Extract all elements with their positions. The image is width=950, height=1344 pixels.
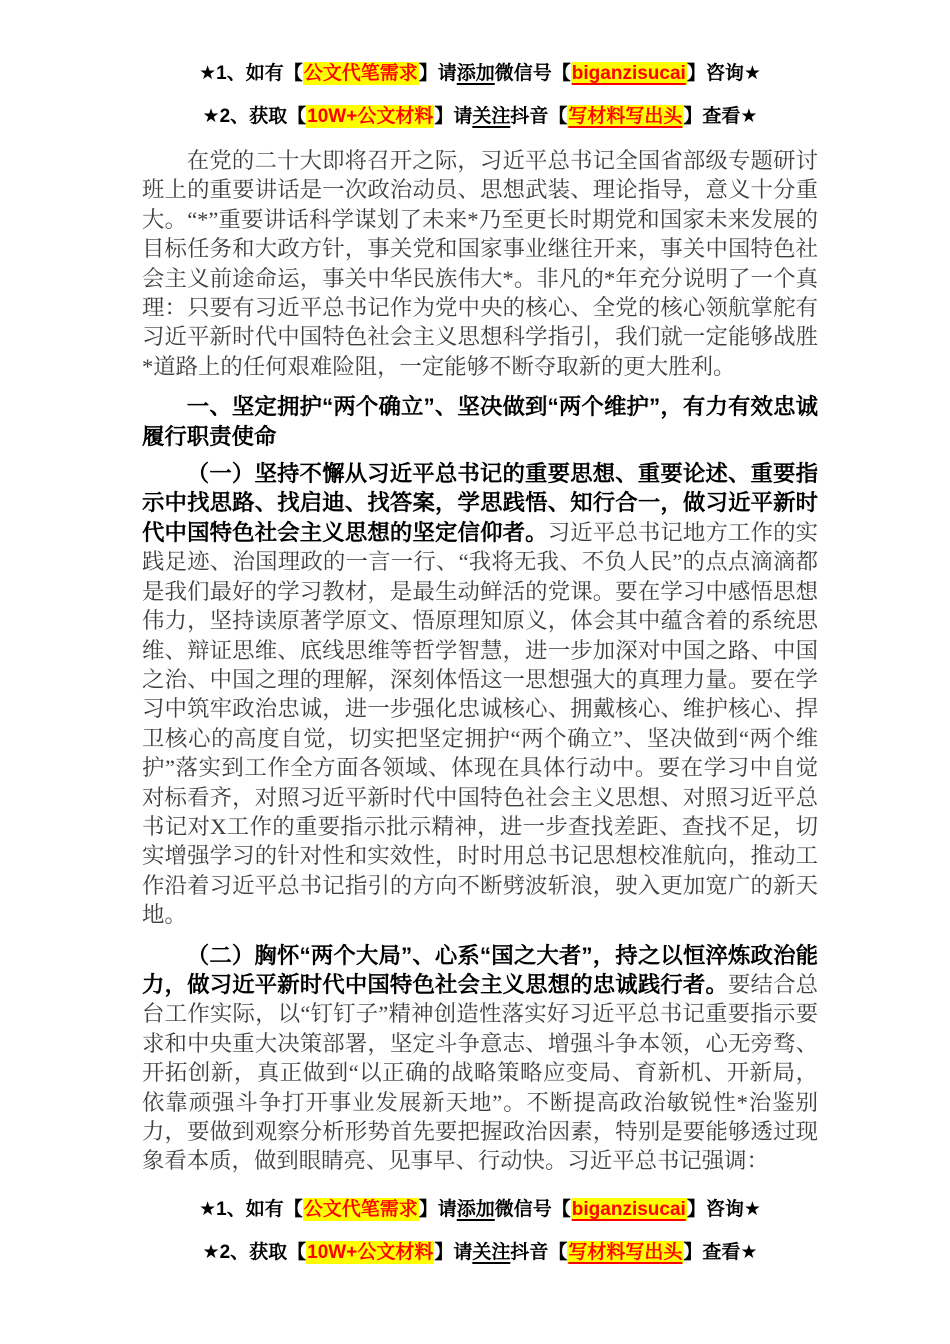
promo1-wechat-label: 微信号【: [495, 63, 571, 84]
promo2-materials-highlight: 10W+公文材料: [306, 105, 434, 128]
promo1-wechat-label: 微信号【: [495, 1199, 571, 1220]
promo-banner-top: ★1、如有【公文代笔需求】请添加微信号【biganzisucai】咨询★ ★2、…: [142, 60, 818, 130]
paragraph-point-2: （二）胸怀“两个大局”、心系“国之大者”，持之以恒淬炼政治能力，做习近平新时代中…: [142, 941, 818, 1176]
paragraph-point-2-lead: （二）胸怀“两个大局”、心系“国之大者”，持之以恒淬炼政治能力，做习近平新时代中…: [142, 943, 818, 997]
promo1-prefix-text: ★1、如有【: [199, 1199, 303, 1220]
promo-banner-bottom: ★1、如有【公文代笔需求】请添加微信号【biganzisucai】咨询★ ★2、…: [142, 1196, 818, 1266]
promo-line-1: ★1、如有【公文代笔需求】请添加微信号【biganzisucai】咨询★: [142, 60, 818, 87]
promo1-wechat-id-link[interactable]: biganzisucai: [571, 1198, 687, 1221]
promo2-douyin-id-link[interactable]: 写材料写出头: [567, 105, 683, 128]
promo2-prefix-text: ★2、获取【: [203, 1242, 307, 1263]
promo2-prefix-text: ★2、获取【: [203, 106, 307, 127]
promo2-follow-underline: 关注: [472, 1242, 510, 1263]
promo2-mid-text: 】请: [434, 1242, 472, 1263]
section-heading-1: 一、坚定拥护“两个确立”、坚决做到“两个维护”，有力有效忠诚履行职责使命: [142, 392, 818, 451]
promo2-follow-underline: 关注: [472, 106, 510, 127]
promo2-douyin-id-link[interactable]: 写材料写出头: [567, 1241, 683, 1264]
paragraph-intro: 在党的二十大即将召开之际，习近平总书记全国省部级专题研讨班上的重要讲话是一次政治…: [142, 146, 818, 381]
promo1-add-underline: 添加: [457, 1199, 495, 1220]
promo2-materials-highlight: 10W+公文材料: [306, 1241, 434, 1264]
promo1-suffix-text: 】咨询★: [687, 63, 761, 84]
promo-line-1: ★1、如有【公文代笔需求】请添加微信号【biganzisucai】咨询★: [142, 1196, 818, 1223]
promo2-douyin-label: 抖音【: [510, 1242, 567, 1263]
promo1-wechat-id-link[interactable]: biganzisucai: [571, 62, 687, 85]
promo-line-2: ★2、获取【10W+公文材料】请关注抖音【写材料写出头】查看★: [142, 103, 818, 130]
promo2-suffix-text: 】查看★: [683, 1242, 757, 1263]
paragraph-point-1-text: 习近平总书记地方工作的实践足迹、治国理政的一言一行、“我将无我、不负人民”的点点…: [142, 520, 818, 927]
promo1-prefix-text: ★1、如有【: [199, 63, 303, 84]
promo2-douyin-label: 抖音【: [510, 106, 567, 127]
promo1-add-underline: 添加: [457, 63, 495, 84]
promo1-mid-text: 】请: [419, 63, 457, 84]
paragraph-point-2-text: 要结合总台工作实际，以“钉钉子”精神创造性落实好习近平总书记重要指示要求和中央重…: [142, 972, 818, 1173]
promo1-mid-text: 】请: [419, 1199, 457, 1220]
promo1-service-highlight: 公文代笔需求: [303, 62, 419, 85]
document-body: 在党的二十大即将召开之际，习近平总书记全国省部级专题研讨班上的重要讲话是一次政治…: [142, 146, 818, 1176]
promo-line-2: ★2、获取【10W+公文材料】请关注抖音【写材料写出头】查看★: [142, 1239, 818, 1266]
promo1-service-highlight: 公文代笔需求: [303, 1198, 419, 1221]
promo1-suffix-text: 】咨询★: [687, 1199, 761, 1220]
paragraph-point-1: （一）坚持不懈从习近平总书记的重要思想、重要论述、重要指示中找思路、找启迪、找答…: [142, 459, 818, 930]
document-page: ★1、如有【公文代笔需求】请添加微信号【biganzisucai】咨询★ ★2、…: [0, 0, 950, 1344]
promo2-mid-text: 】请: [434, 106, 472, 127]
promo2-suffix-text: 】查看★: [683, 106, 757, 127]
